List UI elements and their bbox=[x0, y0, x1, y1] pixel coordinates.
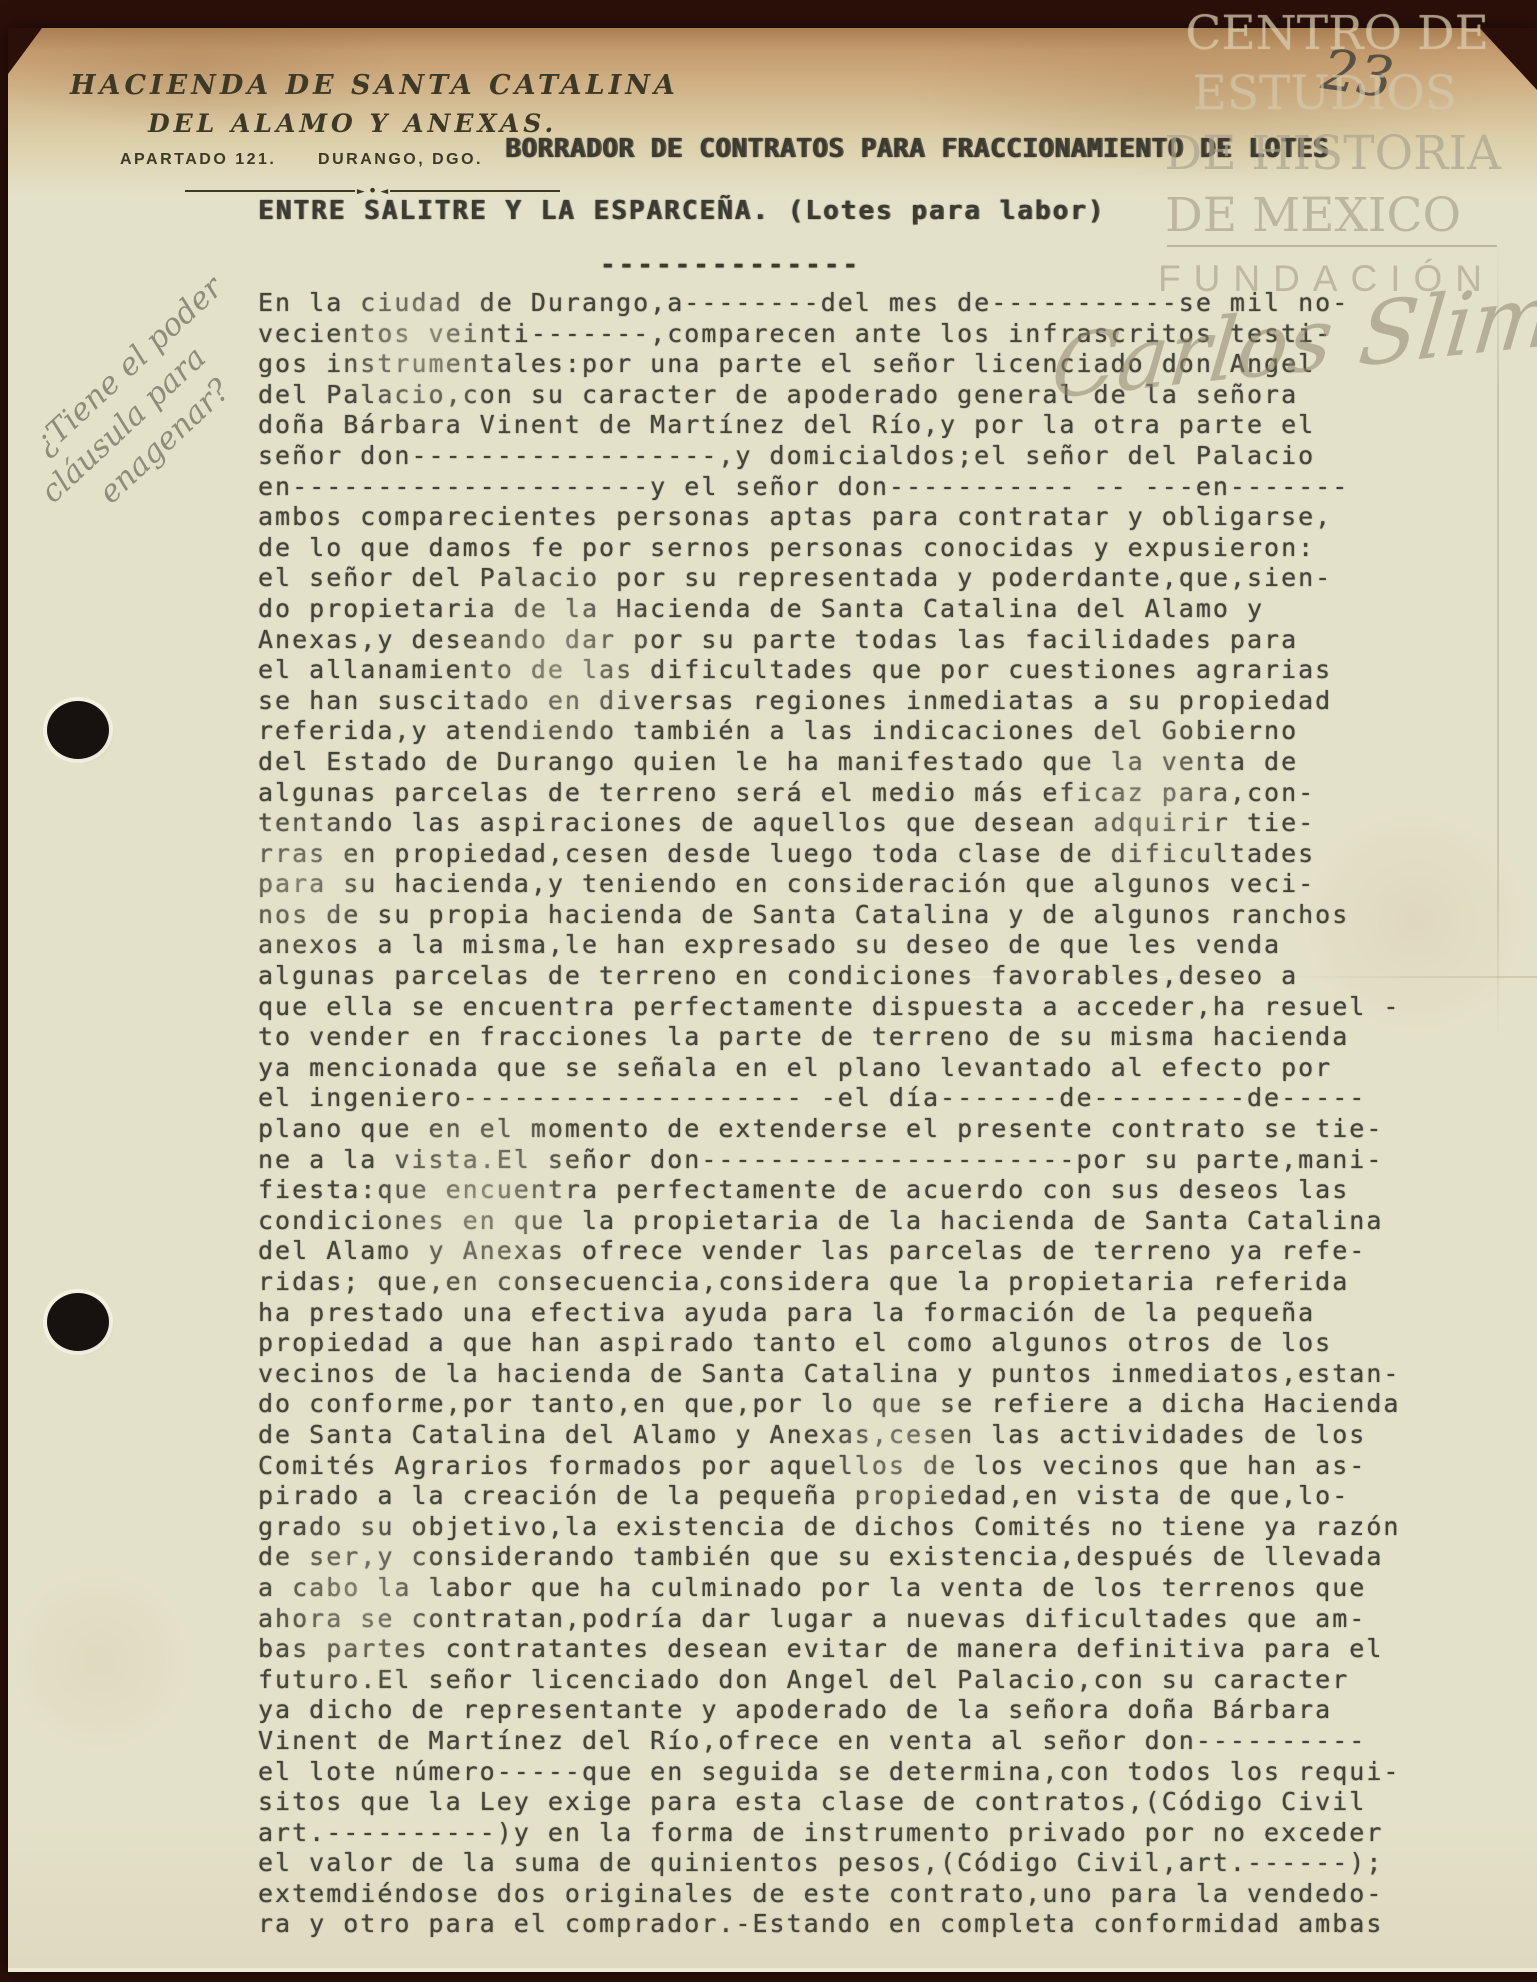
typed-line: en---------------------y el señor don---… bbox=[258, 472, 1498, 503]
typed-line: de Santa Catalina del Alamo y Anexas,ces… bbox=[258, 1420, 1498, 1451]
handwritten-page-number: 23 bbox=[1318, 37, 1398, 111]
typed-line: fiesta:que encuentra perfectamente de ac… bbox=[258, 1175, 1498, 1206]
typed-line: futuro.El señor licenciado don Angel del… bbox=[258, 1665, 1498, 1696]
typed-line: ra y otro para el comprador.-Estando en … bbox=[258, 1909, 1498, 1940]
letterhead-line1: HACIENDA DE SANTA CATALINA bbox=[70, 70, 679, 101]
torn-corner-top-left bbox=[8, 28, 42, 74]
typed-line: extemdiéndose dos originales de este con… bbox=[258, 1879, 1498, 1910]
dashed-separator: -------------- bbox=[600, 250, 861, 280]
torn-corner-top-right bbox=[1467, 28, 1537, 90]
typed-line: Comités Agrarios formados por aquellos d… bbox=[258, 1451, 1498, 1482]
divider-dot-icon: • bbox=[368, 186, 378, 196]
typed-line: ya mencionada que se señala en el plano … bbox=[258, 1053, 1498, 1084]
typed-line: ambos comparecientes personas aptas para… bbox=[258, 502, 1498, 533]
typed-line: el allanamiento de las dificultades que … bbox=[258, 655, 1498, 686]
typed-line: referida,y atendiendo también a las indi… bbox=[258, 716, 1498, 747]
typed-line: el lote número-----que en seguida se det… bbox=[258, 1757, 1498, 1788]
typed-line: propiedad a que han aspirado tanto el co… bbox=[258, 1328, 1498, 1359]
typed-line: el señor del Palacio por su representada… bbox=[258, 563, 1498, 594]
typed-line: señor don------------------,y domicialdo… bbox=[258, 441, 1498, 472]
typed-line: rras en propiedad,cesen desde luego toda… bbox=[258, 839, 1498, 870]
typed-line: del Alamo y Anexas ofrece vender las par… bbox=[258, 1236, 1498, 1267]
typed-line: anexos a la misma,le han expresado su de… bbox=[258, 930, 1498, 961]
hole-punch bbox=[47, 701, 109, 759]
typed-line: algunas parcelas de terreno en condicion… bbox=[258, 961, 1498, 992]
letterhead-address: APARTADO 121. DURANGO, DGO. bbox=[120, 151, 483, 169]
typed-line: ne a la vista.El señor don--------------… bbox=[258, 1145, 1498, 1176]
typed-line: vecinos de la hacienda de Santa Catalina… bbox=[258, 1359, 1498, 1390]
typed-line: tentando las aspiraciones de aquellos qu… bbox=[258, 808, 1498, 839]
typed-line: grado su objetivo,la existencia de dicho… bbox=[258, 1512, 1498, 1543]
document-title: BORRADOR DE CONTRATOS PARA FRACCIONAMIEN… bbox=[505, 134, 1329, 164]
typed-line: do conforme,por tanto,en que,por lo que … bbox=[258, 1389, 1498, 1420]
paper-bottom-edge bbox=[8, 1968, 1537, 1972]
typed-line: to vender en fracciones la parte de terr… bbox=[258, 1022, 1498, 1053]
divider-line-right bbox=[390, 190, 560, 192]
typed-line: nos de su propia hacienda de Santa Catal… bbox=[258, 900, 1498, 931]
typed-line: el ingeniero-------------------- -el día… bbox=[258, 1083, 1498, 1114]
typed-line: a cabo la labor que ha culminado por la … bbox=[258, 1573, 1498, 1604]
typed-body: En la ciudad de Durango,a--------del mes… bbox=[258, 288, 1498, 1940]
document-scan: HACIENDA DE SANTA CATALINA DEL ALAMO Y A… bbox=[0, 0, 1537, 1982]
letterhead-line2: DEL ALAMO Y ANEXAS. bbox=[148, 109, 557, 138]
typed-line: plano que en el momento de extenderse el… bbox=[258, 1114, 1498, 1145]
typed-line: ya dicho de representante y apoderado de… bbox=[258, 1695, 1498, 1726]
typed-line: del Palacio,con su caracter de apoderado… bbox=[258, 380, 1498, 411]
typed-line: art.----------)y en la forma de instrume… bbox=[258, 1818, 1498, 1849]
hole-punch bbox=[47, 1293, 109, 1351]
typed-line: En la ciudad de Durango,a--------del mes… bbox=[258, 288, 1498, 319]
typed-line: que ella se encuentra perfectamente disp… bbox=[258, 992, 1498, 1023]
typed-line: algunas parcelas de terreno será el medi… bbox=[258, 778, 1498, 809]
typed-line: bas partes contratantes desean evitar de… bbox=[258, 1634, 1498, 1665]
typed-line: do propietaria de la Hacienda de Santa C… bbox=[258, 594, 1498, 625]
typed-line: sitos que la Ley exige para esta clase d… bbox=[258, 1787, 1498, 1818]
typed-line: del Estado de Durango quien le ha manife… bbox=[258, 747, 1498, 778]
typed-line: gos instrumentales:por una parte el seño… bbox=[258, 349, 1498, 380]
typed-line: pirado a la creación de la pequeña propi… bbox=[258, 1481, 1498, 1512]
typed-line: vecientos veinti-------,comparecen ante … bbox=[258, 319, 1498, 350]
typed-line: el valor de la suma de quinientos pesos,… bbox=[258, 1848, 1498, 1879]
divider-line-left bbox=[185, 190, 355, 192]
typed-line: ha prestado una efectiva ayuda para la f… bbox=[258, 1298, 1498, 1329]
document-subtitle: ENTRE SALITRE Y LA ESPARCEÑA. (Lotes par… bbox=[258, 196, 1105, 226]
typed-line: doña Bárbara Vinent de Martínez del Río,… bbox=[258, 410, 1498, 441]
typed-line: para su hacienda,y teniendo en considera… bbox=[258, 869, 1498, 900]
typed-line: ahora se contratan,podría dar lugar a nu… bbox=[258, 1604, 1498, 1635]
typed-line: Vinent de Martínez del Río,ofrece en ven… bbox=[258, 1726, 1498, 1757]
typed-line: de lo que damos fe por sernos personas c… bbox=[258, 533, 1498, 564]
typed-line: de ser,y considerando también que su exi… bbox=[258, 1542, 1498, 1573]
typed-line: se han suscitado en diversas regiones in… bbox=[258, 686, 1498, 717]
typed-line: Anexas,y deseando dar por su parte todas… bbox=[258, 625, 1498, 656]
typed-line: ridas; que,en consecuencia,considera que… bbox=[258, 1267, 1498, 1298]
typed-line: condiciones en que la propietaria de la … bbox=[258, 1206, 1498, 1237]
